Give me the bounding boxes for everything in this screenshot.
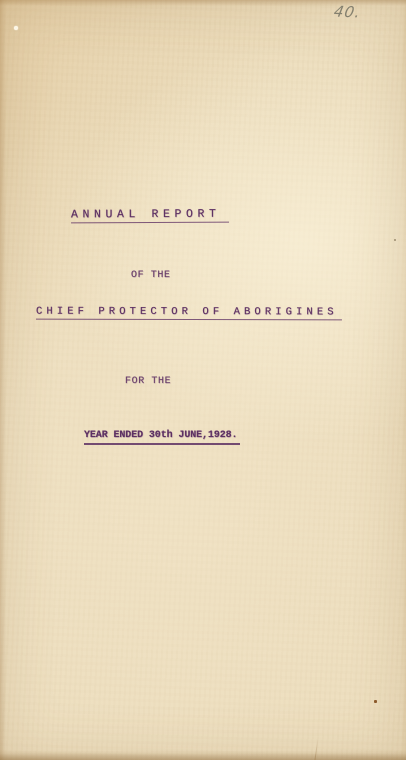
document-scan-page: 40. ANNUAL REPORT OF THE CHIEF PROTECTOR… — [0, 0, 406, 760]
paper-speck-grey — [394, 239, 396, 241]
page-bottom-edge-shadow — [0, 753, 406, 760]
subtitle-of-the: OF THE — [131, 270, 171, 281]
paper-speck-brown — [374, 700, 377, 703]
chief-protector-line: CHIEF PROTECTOR OF ABORIGINES — [36, 306, 342, 321]
report-title: ANNUAL REPORT — [71, 208, 229, 224]
paper-speck-white — [14, 26, 18, 30]
handwritten-page-number: 40. — [332, 3, 362, 22]
for-the-line: FOR THE — [125, 376, 171, 387]
year-ended-line: YEAR ENDED 30th JUNE,1928. — [84, 430, 240, 445]
